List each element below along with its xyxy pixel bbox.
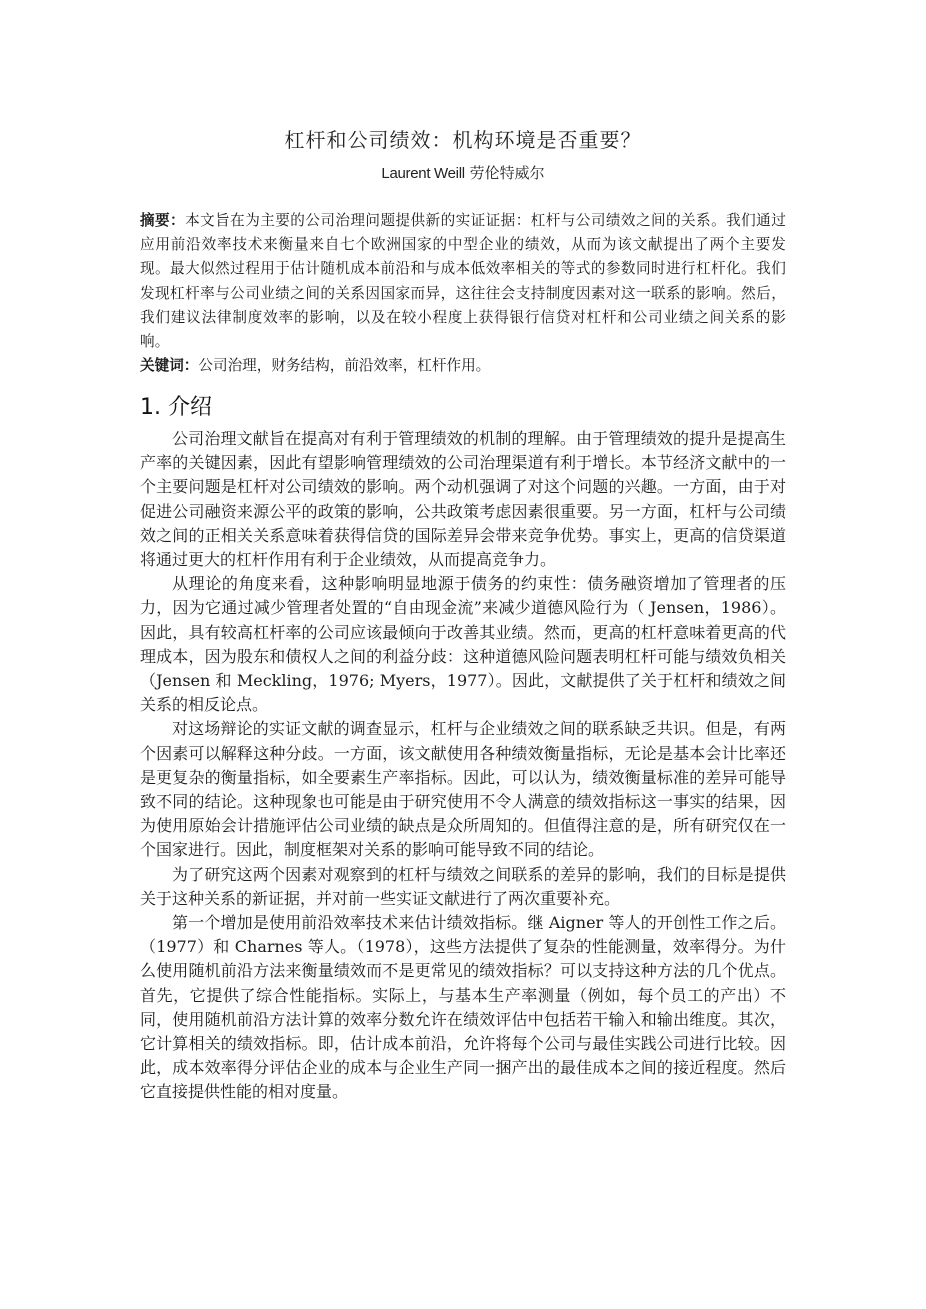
- section-heading: 1. 介绍: [140, 390, 212, 421]
- body-paragraph: 为了研究这两个因素对观察到的杠杆与绩效之间联系的差异的影响，我们的目标是提供关于…: [140, 863, 786, 911]
- body-paragraph: 对这场辩论的实证文献的调查显示，杠杆与企业绩效之间的联系缺乏共识。但是，有两个因…: [140, 717, 786, 862]
- author-latin-name: Laurent Weill: [381, 165, 464, 182]
- body-paragraph: 从理论的角度来看，这种影响明显地源于债务的约束性：债务融资增加了管理者的压力，因…: [140, 572, 786, 717]
- abstract: 摘要：本文旨在为主要的公司治理问题提供新的实证证据：杠杆与公司绩效之间的关系。我…: [140, 209, 786, 354]
- keywords-label: 关键词：: [140, 357, 198, 374]
- keywords: 关键词：公司治理，财务结构，前沿效率，杠杆作用。: [140, 354, 786, 378]
- body-paragraph: 第一个增加是使用前沿效率技术来估计绩效指标。继 Aigner 等人的开创性工作之…: [140, 911, 786, 1105]
- abstract-text: 本文旨在为主要的公司治理问题提供新的实证证据：杠杆与公司绩效之间的关系。我们通过…: [140, 212, 786, 350]
- author-chinese-name: 劳伦特威尔: [470, 164, 545, 182]
- author-line: Laurent Weill 劳伦特威尔: [140, 162, 786, 183]
- abstract-label: 摘要：: [140, 212, 185, 229]
- section-body: 公司治理文献旨在提高对有利于管理绩效的机制的理解。由于管理绩效的提升是提高生产率…: [140, 427, 786, 1105]
- keywords-text: 公司治理，财务结构，前沿效率，杠杆作用。: [198, 357, 490, 374]
- body-paragraph: 公司治理文献旨在提高对有利于管理绩效的机制的理解。由于管理绩效的提升是提高生产率…: [140, 427, 786, 572]
- paper-title: 杠杆和公司绩效：机构环境是否重要？: [140, 124, 786, 153]
